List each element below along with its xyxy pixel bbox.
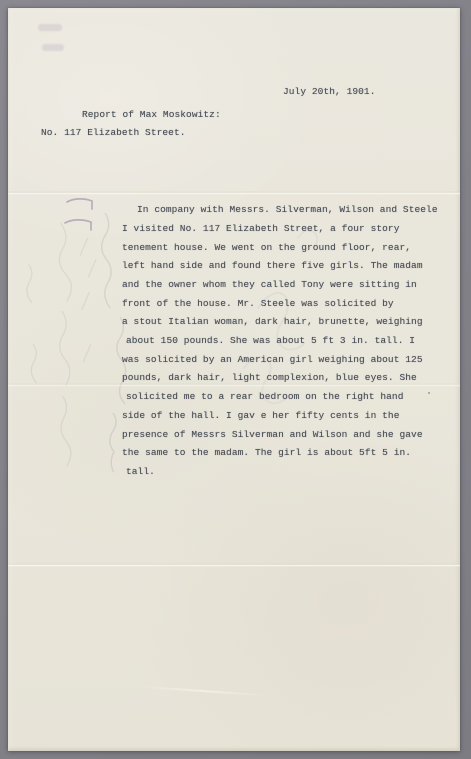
scanner-background: July 20th, 1901. Report of Max Moskowitz… bbox=[0, 0, 471, 759]
purple-check-marks bbox=[65, 199, 92, 230]
document-page: July 20th, 1901. Report of Max Moskowitz… bbox=[8, 8, 460, 751]
report-line: side of the hall. I gav e her fifty cent… bbox=[122, 407, 438, 426]
report-line: tenement house. We went on the ground fl… bbox=[122, 239, 438, 258]
report-body: In company with Messrs. Silverman, Wilso… bbox=[122, 145, 438, 482]
report-line: about 150 pounds. She was about 5 ft 3 i… bbox=[126, 332, 438, 351]
report-line: tall. bbox=[126, 463, 438, 482]
report-line: solicited me to a rear bedroom on the ri… bbox=[126, 388, 438, 407]
report-line: pounds, dark hair, light complexion, blu… bbox=[122, 369, 438, 388]
pencil-bleedthrough bbox=[16, 220, 117, 469]
report-line: In company with Messrs. Silverman, Wilso… bbox=[137, 201, 438, 220]
report-line: left hand side and found there five girl… bbox=[122, 257, 438, 276]
document-date: July 20th, 1901. bbox=[283, 86, 376, 97]
report-line: I visited No. 117 Elizabeth Street, a fo… bbox=[122, 220, 438, 239]
report-title: Report of Max Moskowitz: bbox=[82, 109, 221, 120]
fold-crease-diagonal bbox=[138, 685, 268, 696]
report-line: and the owner whom they called Tony were… bbox=[122, 276, 438, 295]
fold-crease-lower bbox=[8, 563, 460, 567]
stamp-smudge bbox=[38, 24, 64, 51]
report-line: a stout Italian woman, dark hair, brunet… bbox=[122, 313, 438, 332]
report-address: No. 117 Elizabeth Street. bbox=[41, 127, 186, 138]
report-line: the same to the madam. The girl is about… bbox=[122, 444, 438, 463]
report-line: front of the house. Mr. Steele was solic… bbox=[122, 295, 438, 314]
report-line: was solicited by an American girl weighi… bbox=[122, 351, 438, 370]
report-line: presence of Messrs Silverman and Wilson … bbox=[122, 426, 438, 445]
